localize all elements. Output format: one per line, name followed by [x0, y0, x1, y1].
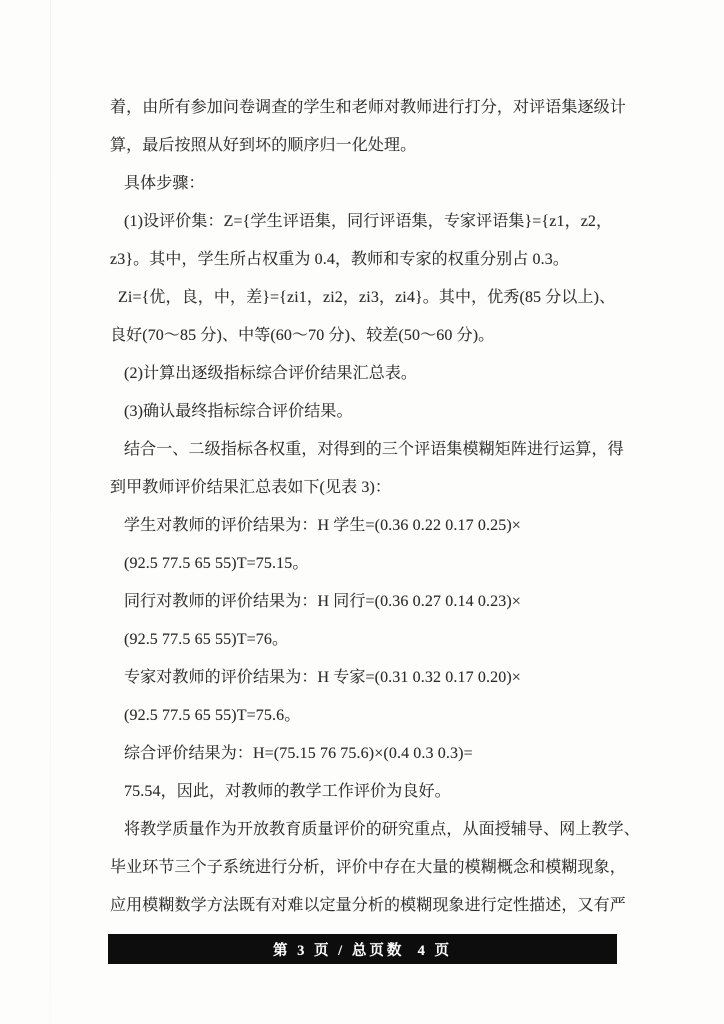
text-line: 75.54，因此，对教师的教学工作评价为良好。	[110, 773, 650, 811]
text-line: Zi={优，良，中，差}={zi1，zi2，zi3，zi4}。其中，优秀(85 …	[110, 279, 650, 317]
page-number-label: 第 3 页 / 总页数 4 页	[273, 939, 452, 960]
page-footer-bar: 第 3 页 / 总页数 4 页	[108, 934, 617, 964]
text-line: 毕业环节三个子系统进行分析，评价中存在大量的模糊概念和模糊现象，	[110, 849, 650, 887]
text-line: (2)计算出逐级指标综合评价结果汇总表。	[110, 355, 650, 393]
text-line: 良好(70～85 分)、中等(60～70 分)、较差(50～60 分)。	[110, 317, 650, 355]
text-line: (1)设评价集：Z={学生评语集，同行评语集，专家评语集}={z1，z2，	[110, 203, 650, 241]
page-edge-shadow	[50, 0, 51, 1024]
text-line: 学生对教师的评价结果为：H 学生=(0.36 0.22 0.17 0.25)×	[110, 507, 650, 545]
text-line: 综合评价结果为：H=(75.15 76 75.6)×(0.4 0.3 0.3)=	[110, 735, 650, 773]
text-line: 着，由所有参加问卷调查的学生和老师对教师进行打分，对评语集逐级计	[110, 89, 650, 127]
text-line: 专家对教师的评价结果为：H 专家=(0.31 0.32 0.17 0.20)×	[110, 659, 650, 697]
text-line: 同行对教师的评价结果为：H 同行=(0.36 0.27 0.14 0.23)×	[110, 583, 650, 621]
text-line: (3)确认最终指标综合评价结果。	[110, 393, 650, 431]
body-text: 着，由所有参加问卷调查的学生和老师对教师进行打分，对评语集逐级计 算，最后按照从…	[110, 0, 650, 925]
text-line: z3}。其中，学生所占权重为 0.4，教师和专家的权重分别占 0.3。	[110, 241, 650, 279]
text-line: 算，最后按照从好到坏的顺序归一化处理。	[110, 127, 650, 165]
text-line: 结合一、二级指标各权重，对得到的三个评语集模糊矩阵进行运算，得	[110, 431, 650, 469]
document-page: 着，由所有参加问卷调查的学生和老师对教师进行打分，对评语集逐级计 算，最后按照从…	[0, 0, 724, 1024]
text-line: 将教学质量作为开放教育质量评价的研究重点，从面授辅导、网上教学、	[110, 811, 650, 849]
text-line: (92.5 77.5 65 55)T=76。	[110, 621, 650, 659]
text-line: (92.5 77.5 65 55)T=75.15。	[110, 545, 650, 583]
text-line: 具体步骤：	[110, 165, 650, 203]
text-line: 到甲教师评价结果汇总表如下(见表 3)：	[110, 469, 650, 507]
text-line: (92.5 77.5 65 55)T=75.6。	[110, 697, 650, 735]
text-line: 应用模糊数学方法既有对难以定量分析的模糊现象进行定性描述，又有严	[110, 887, 650, 925]
